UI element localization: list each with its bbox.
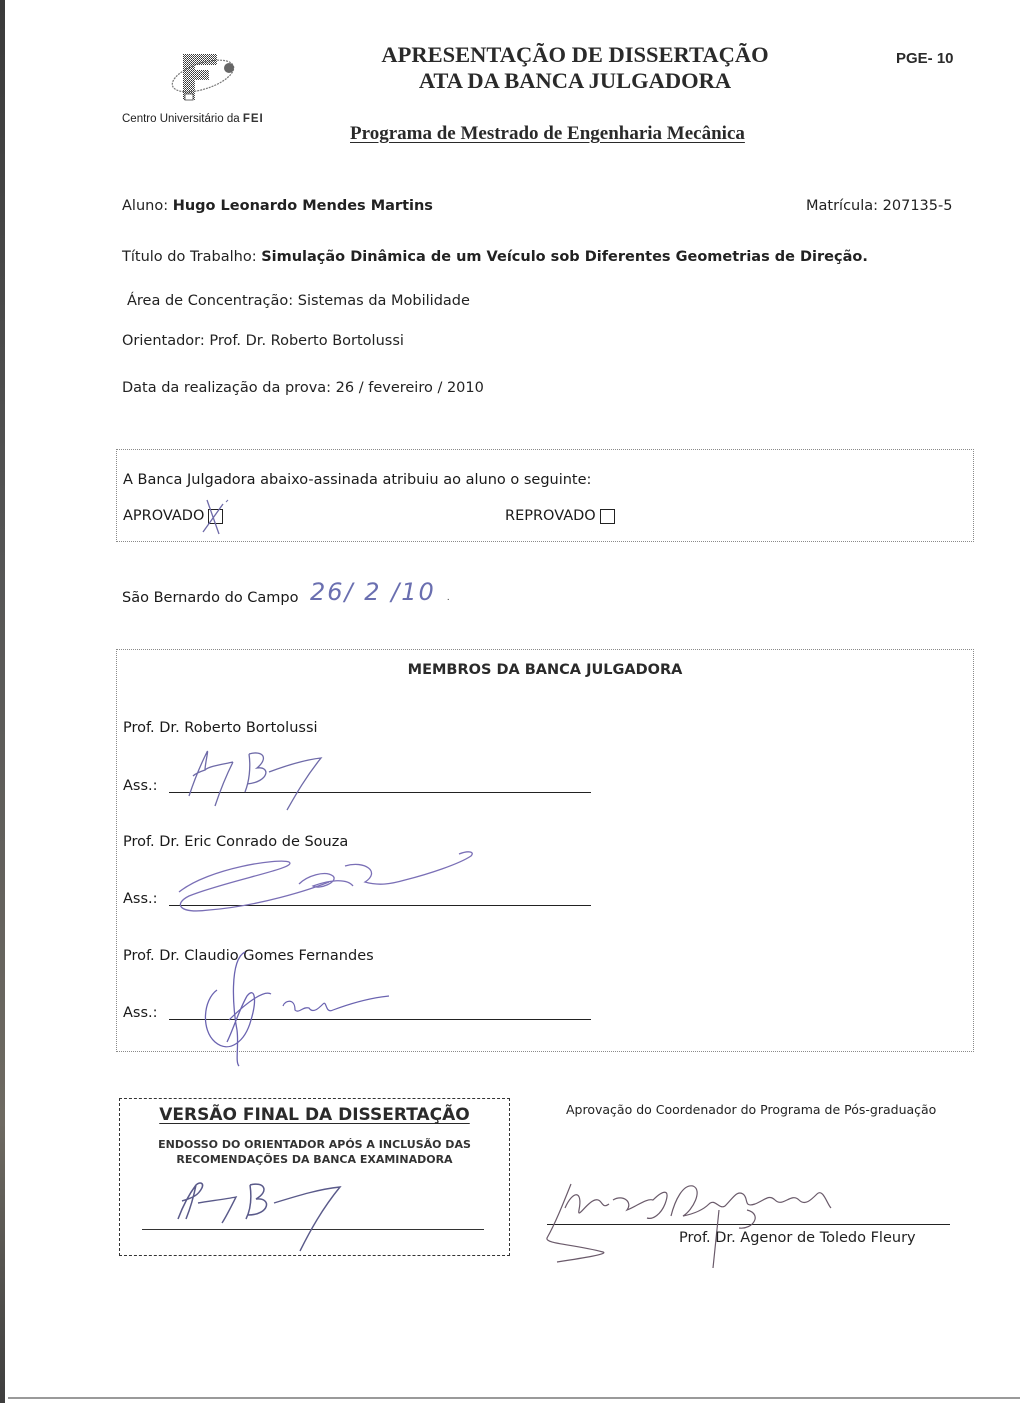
committee-member-name: Prof. Dr. Eric Conrado de Souza xyxy=(123,834,348,850)
form-code: PGE- 10 xyxy=(896,50,954,67)
approved-option[interactable]: APROVADO xyxy=(123,508,223,524)
exam-date: 26 / fevereiro / 2010 xyxy=(336,380,484,396)
result-box: A Banca Julgadora abaixo-assinada atribu… xyxy=(116,449,974,542)
area-value: Sistemas da Mobilidade xyxy=(298,293,470,309)
final-version-title: VERSÃO FINAL DA DISSERTAÇÃO xyxy=(120,1105,509,1125)
coordinator-approval-label: Aprovação do Coordenador do Programa de … xyxy=(566,1102,936,1117)
rejected-label: REPROVADO xyxy=(505,508,596,524)
signature-souza-icon xyxy=(169,850,479,920)
title-line-1: APRESENTAÇÃO DE DISSERTAÇÃO xyxy=(340,42,810,68)
institution-caption: Centro Universitário da FEI xyxy=(122,113,264,125)
handwritten-x-mark-icon xyxy=(201,498,231,536)
committee-box: MEMBROS DA BANCA JULGADORA Prof. Dr. Rob… xyxy=(116,649,974,1052)
title-line-2: ATA DA BANCA JULGADORA xyxy=(340,68,810,94)
final-version-subtitle: ENDOSSO DO ORIENTADOR APÓS A INCLUSÃO DA… xyxy=(120,1137,509,1167)
registration-number: 207135-5 xyxy=(883,198,953,214)
document-title: APRESENTAÇÃO DE DISSERTAÇÃO ATA DA BANCA… xyxy=(340,42,810,94)
exam-date-field: Data da realização da prova: 26 / fevere… xyxy=(122,380,484,396)
work-title: Simulação Dinâmica de um Veículo sob Dif… xyxy=(261,249,868,265)
signature-label: Ass.: xyxy=(123,778,158,794)
signature-coordinator-icon xyxy=(543,1180,873,1270)
signature-advisor-endorsement-icon xyxy=(170,1179,370,1259)
handwritten-date: 26/ 2 /10 . xyxy=(310,578,453,606)
signature-bortolussi-icon xyxy=(185,748,355,813)
signature-label: Ass.: xyxy=(123,1005,158,1021)
committee-member-name: Prof. Dr. Roberto Bortolussi xyxy=(123,720,318,736)
signature-label: Ass.: xyxy=(123,891,158,907)
scan-edge-bottom xyxy=(8,1397,1020,1399)
program-name: Programa de Mestrado de Engenharia Mecân… xyxy=(350,123,745,145)
advisor-name: Prof. Dr. Roberto Bortolussi xyxy=(209,333,404,349)
result-intro: A Banca Julgadora abaixo-assinada atribu… xyxy=(123,472,591,488)
area-field: Área de Concentração: Sistemas da Mobili… xyxy=(127,293,470,309)
approved-label: APROVADO xyxy=(123,508,204,524)
fei-logo-icon xyxy=(165,44,245,108)
coordinator-name: Prof. Dr. Agenor de Toledo Fleury xyxy=(679,1230,916,1246)
approved-checkbox[interactable] xyxy=(208,509,223,524)
registration-field: Matrícula: 207135-5 xyxy=(806,198,952,214)
committee-title: MEMBROS DA BANCA JULGADORA xyxy=(117,662,973,678)
student-name: Hugo Leonardo Mendes Martins xyxy=(173,198,433,214)
final-version-box: VERSÃO FINAL DA DISSERTAÇÃO ENDOSSO DO O… xyxy=(119,1098,510,1256)
city-label: São Bernardo do Campo xyxy=(122,590,299,606)
student-field: Aluno: Hugo Leonardo Mendes Martins xyxy=(122,198,433,214)
rejected-checkbox[interactable] xyxy=(600,509,615,524)
signature-fernandes-icon xyxy=(199,950,409,1070)
work-title-field: Título do Trabalho: Simulação Dinâmica d… xyxy=(122,249,868,265)
rejected-option[interactable]: REPROVADO xyxy=(505,508,615,524)
advisor-field: Orientador: Prof. Dr. Roberto Bortolussi xyxy=(122,333,404,349)
scan-edge-left xyxy=(0,0,5,1403)
